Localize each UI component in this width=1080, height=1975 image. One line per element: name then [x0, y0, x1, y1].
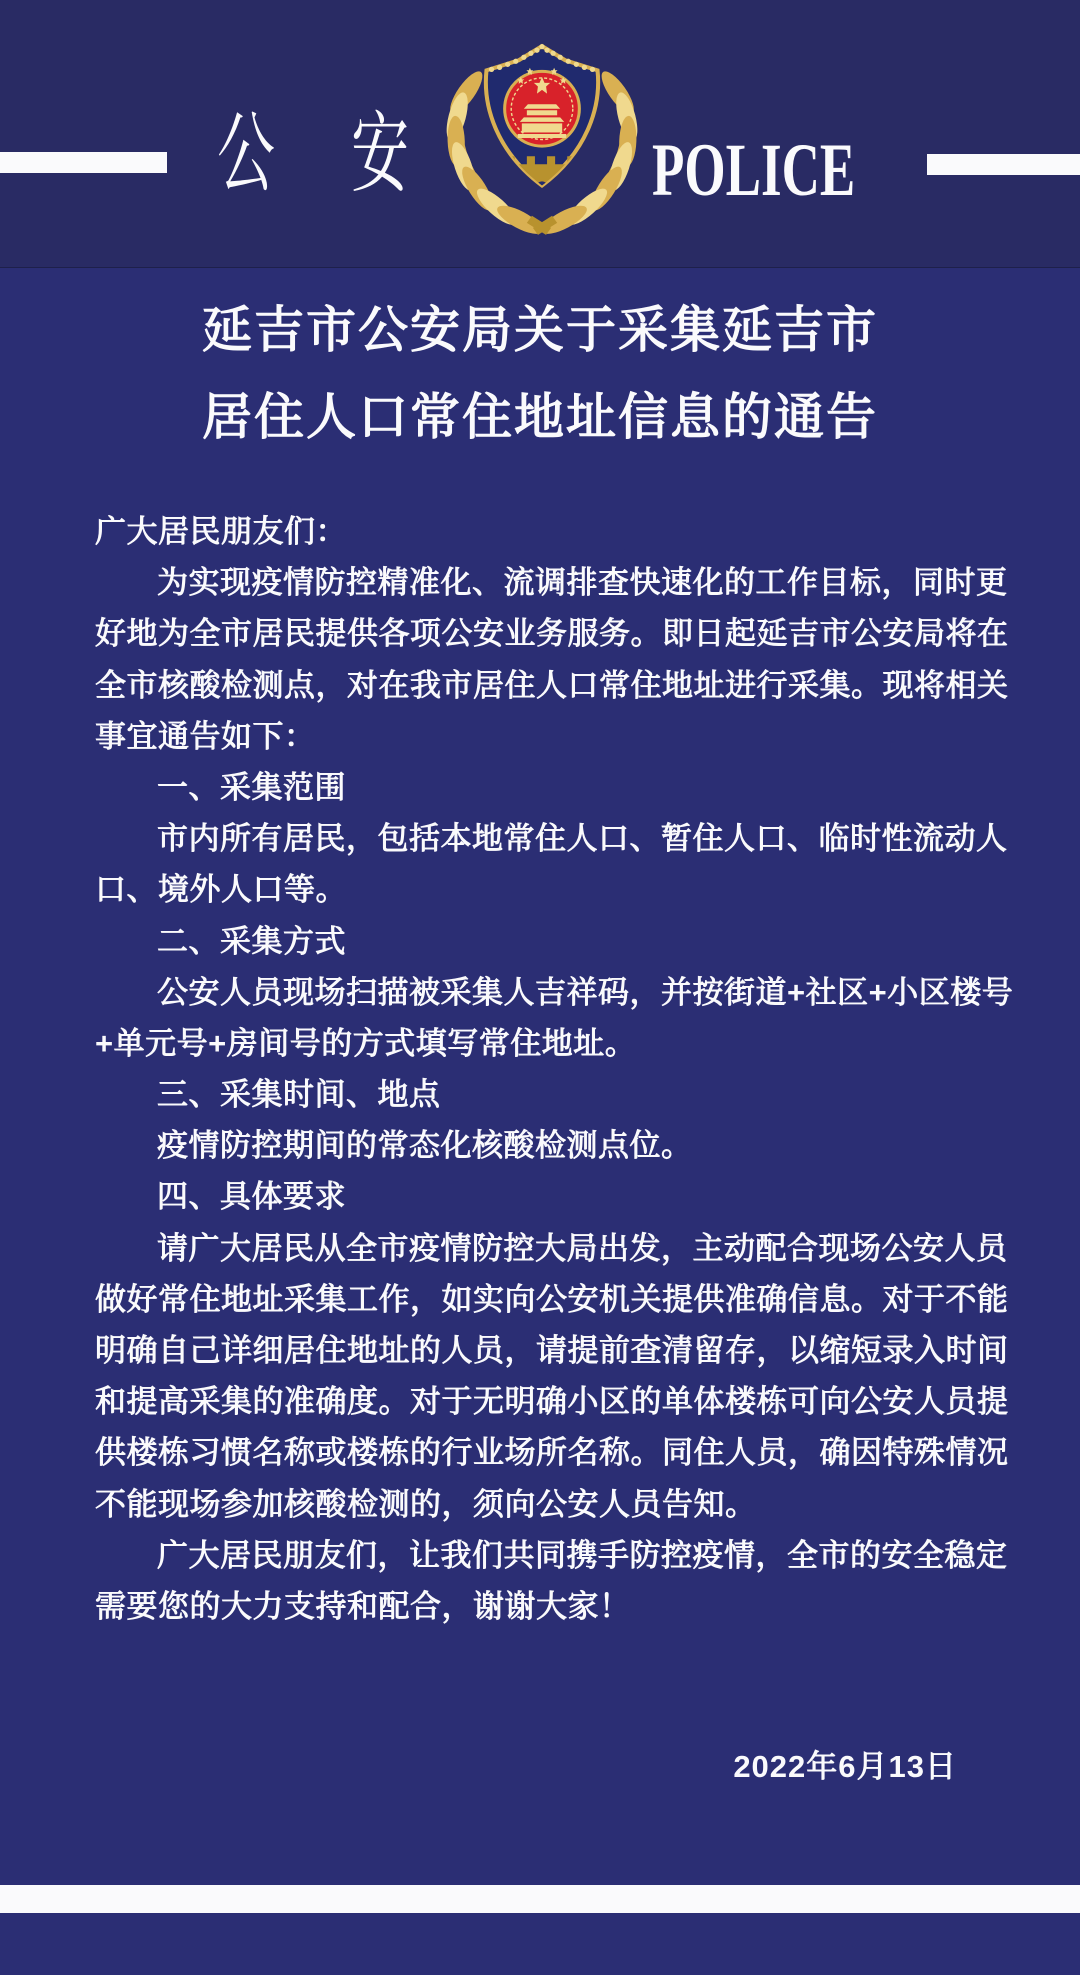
body-line: 事宜通告如下： [95, 711, 988, 762]
body-line: 口、境外人口等。 [95, 864, 988, 915]
footer-white-bar [0, 1885, 1080, 1913]
left-white-bar [0, 152, 167, 173]
body-line: 好地为全市居民提供各项公安业务服务。即日起延吉市公安局将在 [95, 608, 988, 659]
body-line: 三、采集时间、地点 [95, 1069, 988, 1120]
notice-body: 广大居民朋友们：为实现疫情防控精准化、流调排查快速化的工作目标，同时更好地为全市… [95, 506, 988, 1632]
body-line: 明确自己详细居住地址的人员，请提前查清留存，以缩短录入时间 [95, 1325, 988, 1376]
notice-title: 延吉市公安局关于采集延吉市 居住人口常住地址信息的通告 [0, 287, 1080, 461]
right-white-bar [927, 154, 1080, 175]
body-line: 广大居民朋友们： [95, 506, 988, 557]
header-cn-char-an: 安 [351, 112, 409, 200]
body-line: 为实现疫情防控精准化、流调排查快速化的工作目标，同时更 [95, 557, 988, 608]
notice-date: 2022年6月13日 [733, 1741, 957, 1786]
body-line: 公安人员现场扫描被采集人吉祥码，并按街道+社区+小区楼号 [95, 967, 988, 1018]
body-line: 请广大居民从全市疫情防控大局出发，主动配合现场公安人员 [95, 1223, 988, 1274]
body-line: 和提高采集的准确度。对于无明确小区的单体楼栋可向公安人员提 [95, 1376, 988, 1427]
body-line: 四、具体要求 [95, 1171, 988, 1222]
body-line: 全市核酸检测点，对在我市居住人口常住地址进行采集。现将相关 [95, 660, 988, 711]
body-line: 不能现场参加核酸检测的，须向公安人员告知。 [95, 1479, 988, 1530]
body-line: 一、采集范围 [95, 762, 988, 813]
police-badge-icon [436, 28, 648, 244]
notice-title-line2: 居住人口常住地址信息的通告 [0, 374, 1080, 461]
body-line: 疫情防控期间的常态化核酸检测点位。 [95, 1120, 988, 1171]
body-line: 二、采集方式 [95, 916, 988, 967]
body-line: 广大居民朋友们，让我们共同携手防控疫情，全市的安全稳定 [95, 1530, 988, 1581]
body-line: 供楼栋习惯名称或楼栋的行业场所名称。同住人员，确因特殊情况 [95, 1427, 988, 1478]
body-line: 需要您的大力支持和配合，谢谢大家！ [95, 1581, 988, 1632]
body-line: +单元号+房间号的方式填写常住地址。 [95, 1018, 988, 1069]
notice-title-line1: 延吉市公安局关于采集延吉市 [0, 287, 1080, 374]
header-band: 公 安 [0, 0, 1080, 268]
police-en-label: POLICE [652, 134, 855, 209]
body-line: 市内所有居民，包括本地常住人口、暂住人口、临时性流动人 [95, 813, 988, 864]
body-line: 做好常住地址采集工作，如实向公安机关提供准确信息。对于不能 [95, 1274, 988, 1325]
police-notice-poster: 公 安 [0, 0, 1080, 1975]
header-cn-char-gong: 公 [217, 112, 275, 200]
